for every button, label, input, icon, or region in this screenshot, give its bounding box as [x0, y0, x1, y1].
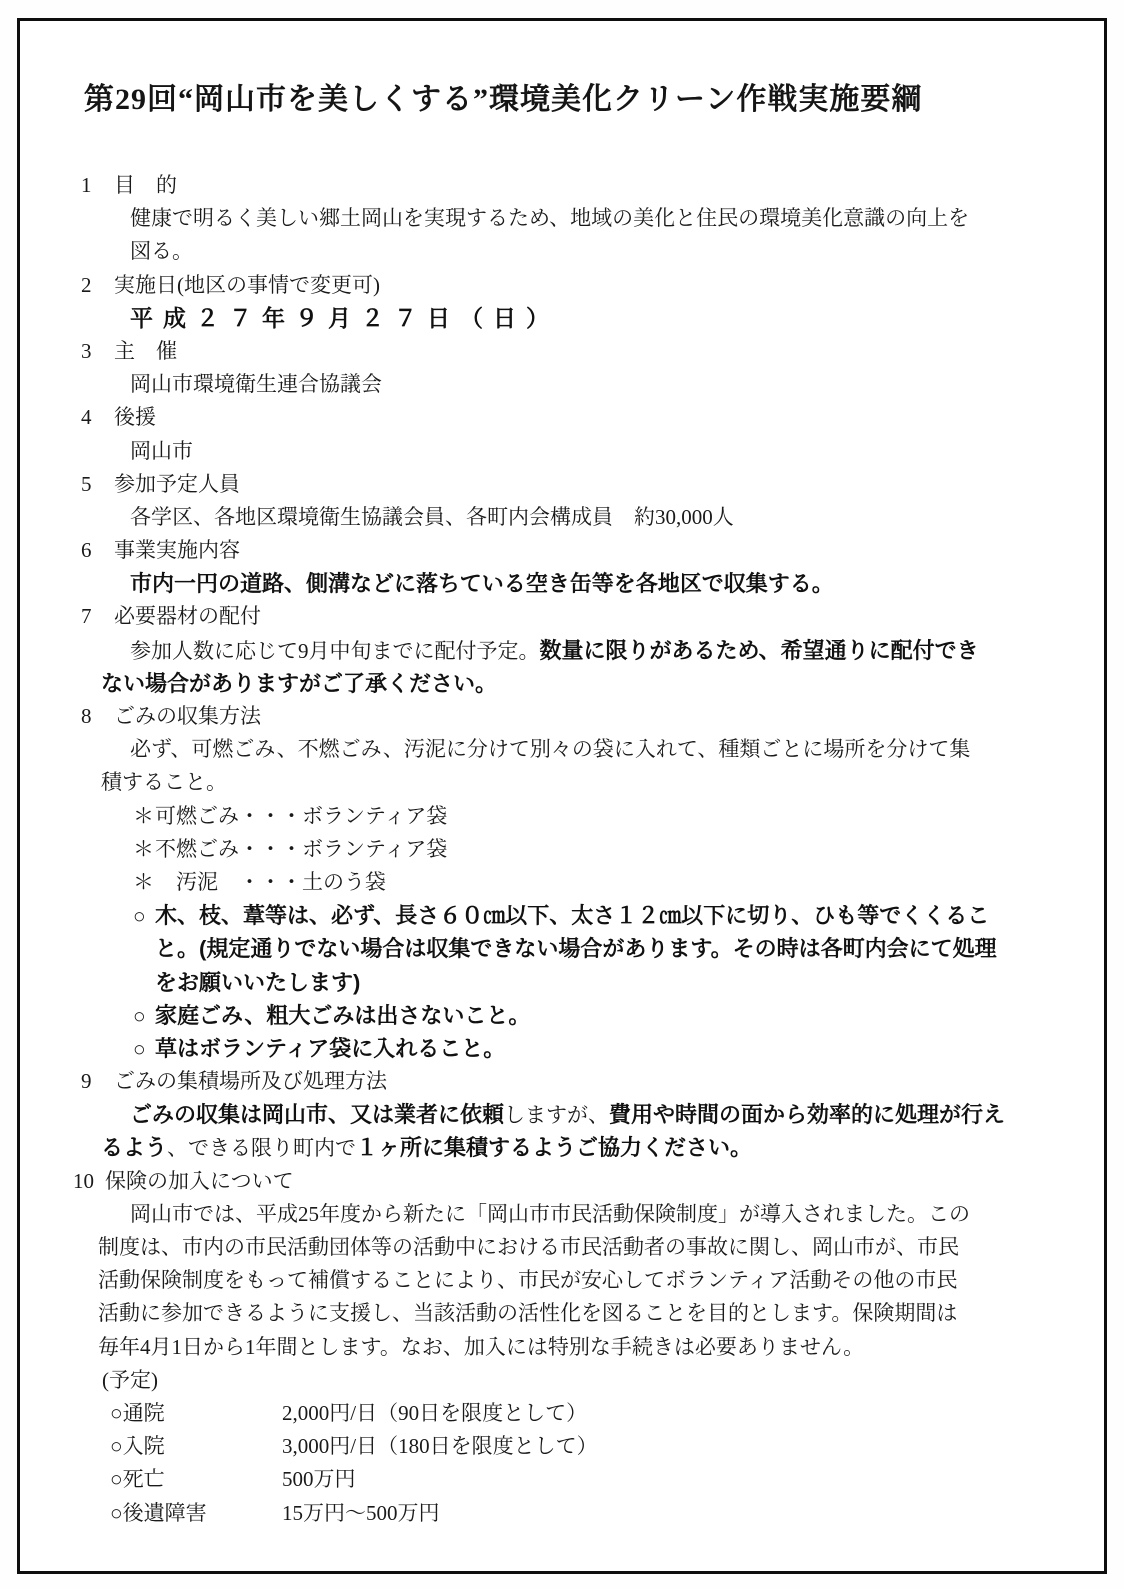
section-4-heading: 後援 — [114, 405, 156, 429]
section-7-body-line-2: ない場合がありますがご了承ください。 — [0, 667, 1124, 700]
section-1-heading-line: 1目 的 — [0, 169, 1124, 202]
section-10-body-line-2: 制度は、市内の市民活動団体等の活動中における市民活動者の事故に関し、岡山市が、市… — [0, 1231, 1124, 1264]
circle-marker: ○ — [133, 1033, 155, 1066]
section-8-body-line-2: 積すること。 — [0, 766, 1124, 799]
section-8-number: 8 — [81, 700, 114, 733]
section-9-run-1: ごみの収集は岡山市、又は業者に依頼 — [130, 1102, 504, 1127]
section-7-run-bold: 数量に限りがあるため、希望通りに配付でき — [540, 638, 979, 663]
section-7-heading: 必要器材の配付 — [114, 604, 261, 628]
benefit-row-hospitalization: ○入院3,000円/日（180日を限度として） — [0, 1430, 1124, 1463]
benefit-amount: 3,000円/日（180日を限度として） — [282, 1434, 598, 1458]
benefit-amount: 2,000円/日（90日を限度として） — [282, 1401, 587, 1425]
section-9-body-line-1: ごみの収集は岡山市、又は業者に依頼しますが、費用や時間の面から効率的に処理が行え — [0, 1098, 1124, 1131]
bag-rule-burnable-text: 可燃ごみ・・・ボランティア袋 — [155, 804, 447, 828]
section-2-number: 2 — [81, 269, 114, 302]
rule-household-waste: ○家庭ごみ、粗大ごみは出さないこと。 — [0, 999, 1124, 1032]
section-10-body-line-5: 毎年4月1日から1年間とします。なお、加入には特別な手続きは必要ありません。 — [0, 1331, 1124, 1364]
rule-branches-text-3: をお願いいたします) — [155, 970, 360, 995]
benefit-amount: 500万円 — [282, 1467, 356, 1491]
section-5-number: 5 — [81, 468, 114, 501]
benefit-label: ○後遺障害 — [110, 1497, 282, 1530]
section-5-heading: 参加予定人員 — [114, 472, 240, 496]
bag-rule-nonburnable-text: 不燃ごみ・・・ボランティア袋 — [155, 837, 447, 861]
asterisk-marker: ＊ — [133, 833, 155, 866]
section-6-heading-line: 6事業実施内容 — [0, 534, 1124, 567]
document-title: 第29回“岡山市を美しくする”環境美化クリーン作戦実施要綱 — [84, 74, 922, 118]
section-9-body-line-2: るよう、できる限り町内で１ヶ所に集積するようご協力ください。 — [0, 1131, 1124, 1164]
section-7-body-line-1: 参加人数に応じて9月中旬までに配付予定。数量に限りがあるため、希望通りに配付でき — [0, 634, 1124, 667]
rule-branches-line-2: と。(規定通りでない場合は収集できない場合があります。その時は各町内会にて処理 — [0, 932, 1124, 965]
benefit-row-disability: ○後遺障害15万円～500万円 — [0, 1497, 1124, 1530]
section-7-run-regular: 参加人数に応じて9月中旬までに配付予定。 — [130, 639, 540, 663]
section-2-heading-line: 2実施日(地区の事情で変更可) — [0, 269, 1124, 302]
section-9-number: 9 — [81, 1065, 114, 1098]
section-3-number: 3 — [81, 335, 114, 368]
section-10-heading: 保険の加入について — [105, 1169, 294, 1193]
section-10-body-line-1: 岡山市では、平成25年度から新たに「岡山市市民活動保険制度」が導入されました。こ… — [0, 1198, 1124, 1231]
section-8-heading-line: 8ごみの収集方法 — [0, 700, 1124, 733]
section-1-body-line-1: 健康で明るく美しい郷土岡山を実現するため、地域の美化と住民の環境美化意識の向上を — [0, 202, 1124, 235]
section-9-run-2: しますが、 — [504, 1103, 609, 1127]
section-4-heading-line: 4後援 — [0, 401, 1124, 434]
section-3-body-line: 岡山市環境衛生連合協議会 — [0, 368, 1124, 401]
section-10-body-line-4: 活動に参加できるように支援し、当該活動の活性化を図ることを目的とします。保険期間… — [0, 1297, 1124, 1330]
section-9-run-6: １ヶ所に集積するようご協力ください。 — [356, 1135, 752, 1160]
section-7-number: 7 — [81, 600, 114, 633]
benefit-label: ○死亡 — [110, 1463, 282, 1496]
section-1-heading: 目 的 — [114, 173, 177, 197]
asterisk-marker: ＊ — [133, 866, 155, 899]
bag-rule-nonburnable: ＊不燃ごみ・・・ボランティア袋 — [0, 833, 1124, 866]
section-1-body-line-2: 図る。 — [0, 235, 1124, 268]
bag-rule-sludge: ＊ 汚泥 ・・・土のう袋 — [0, 866, 1124, 899]
section-9-run-3: 費用や時間の面から効率的に処理が行え — [609, 1102, 1005, 1127]
section-10-body-line-3: 活動保険制度をもって補償することにより、市民が安心してボランティア活動その他の市… — [0, 1264, 1124, 1297]
bag-rule-burnable: ＊可燃ごみ・・・ボランティア袋 — [0, 800, 1124, 833]
circle-marker: ○ — [133, 900, 155, 933]
section-1-number: 1 — [81, 169, 114, 202]
section-10-number: 10 — [73, 1165, 105, 1198]
document-body: 1目 的 健康で明るく美しい郷土岡山を実現するため、地域の美化と住民の環境美化意… — [0, 169, 1124, 1530]
rule-branches-text-1: 木、枝、葦等は、必ず、長さ６０㎝以下、太さ１２㎝以下に切り、ひも等でくくるこ — [155, 903, 989, 928]
rule-household-waste-text: 家庭ごみ、粗大ごみは出さないこと。 — [155, 1003, 530, 1028]
section-3-heading: 主 催 — [114, 339, 177, 363]
section-9-heading-line: 9ごみの集積場所及び処理方法 — [0, 1065, 1124, 1098]
section-2-body-line: 平成２７年９月２７日（日） — [0, 302, 1124, 335]
section-6-body-bold: 市内一円の道路、側溝などに落ちている空き缶等を各地区で収集する。 — [130, 571, 834, 596]
rule-grass-text: 草はボランティア袋に入れること。 — [155, 1036, 505, 1061]
section-7-heading-line: 7必要器材の配付 — [0, 600, 1124, 633]
benefit-row-outpatient: ○通院2,000円/日（90日を限度として） — [0, 1397, 1124, 1430]
section-8-body-line-1: 必ず、可燃ごみ、不燃ごみ、汚泥に分けて別々の袋に入れて、種類ごとに場所を分けて集 — [0, 733, 1124, 766]
insurance-plan-label: (予定) — [0, 1364, 1124, 1397]
section-10-heading-line: 10保険の加入について — [0, 1165, 1124, 1198]
benefit-label: ○入院 — [110, 1430, 282, 1463]
section-7-run-bold-2: ない場合がありますがご了承ください。 — [101, 671, 497, 696]
benefit-label: ○通院 — [110, 1397, 282, 1430]
section-9-run-5: 、できる限り町内で — [167, 1136, 356, 1160]
section-9-heading: ごみの集積場所及び処理方法 — [114, 1069, 387, 1093]
benefit-amount: 15万円～500万円 — [282, 1501, 440, 1525]
section-4-body-line: 岡山市 — [0, 435, 1124, 468]
section-8-heading: ごみの収集方法 — [114, 704, 261, 728]
bag-rule-sludge-text: 汚泥 ・・・土のう袋 — [155, 870, 386, 894]
section-9-run-4: るよう — [101, 1135, 167, 1160]
section-5-heading-line: 5参加予定人員 — [0, 468, 1124, 501]
section-6-body-line: 市内一円の道路、側溝などに落ちている空き缶等を各地区で収集する。 — [0, 567, 1124, 600]
asterisk-marker: ＊ — [133, 800, 155, 833]
rule-grass: ○草はボランティア袋に入れること。 — [0, 1032, 1124, 1065]
section-2-heading: 実施日(地区の事情で変更可) — [114, 273, 380, 297]
section-3-heading-line: 3主 催 — [0, 335, 1124, 368]
circle-marker: ○ — [133, 1000, 155, 1033]
rule-branches-text-2: と。(規定通りでない場合は収集できない場合があります。その時は各町内会にて処理 — [155, 936, 997, 961]
rule-branches-line-3: をお願いいたします) — [0, 966, 1124, 999]
event-date: 平成２７年９月２７日（日） — [130, 305, 559, 331]
section-4-number: 4 — [81, 401, 114, 434]
section-6-number: 6 — [81, 534, 114, 567]
section-5-body-line: 各学区、各地区環境衛生協議会員、各町内会構成員 約30,000人 — [0, 501, 1124, 534]
rule-branches-line-1: ○木、枝、葦等は、必ず、長さ６０㎝以下、太さ１２㎝以下に切り、ひも等でくくるこ — [0, 899, 1124, 932]
benefit-row-death: ○死亡500万円 — [0, 1463, 1124, 1496]
section-6-heading: 事業実施内容 — [114, 538, 240, 562]
